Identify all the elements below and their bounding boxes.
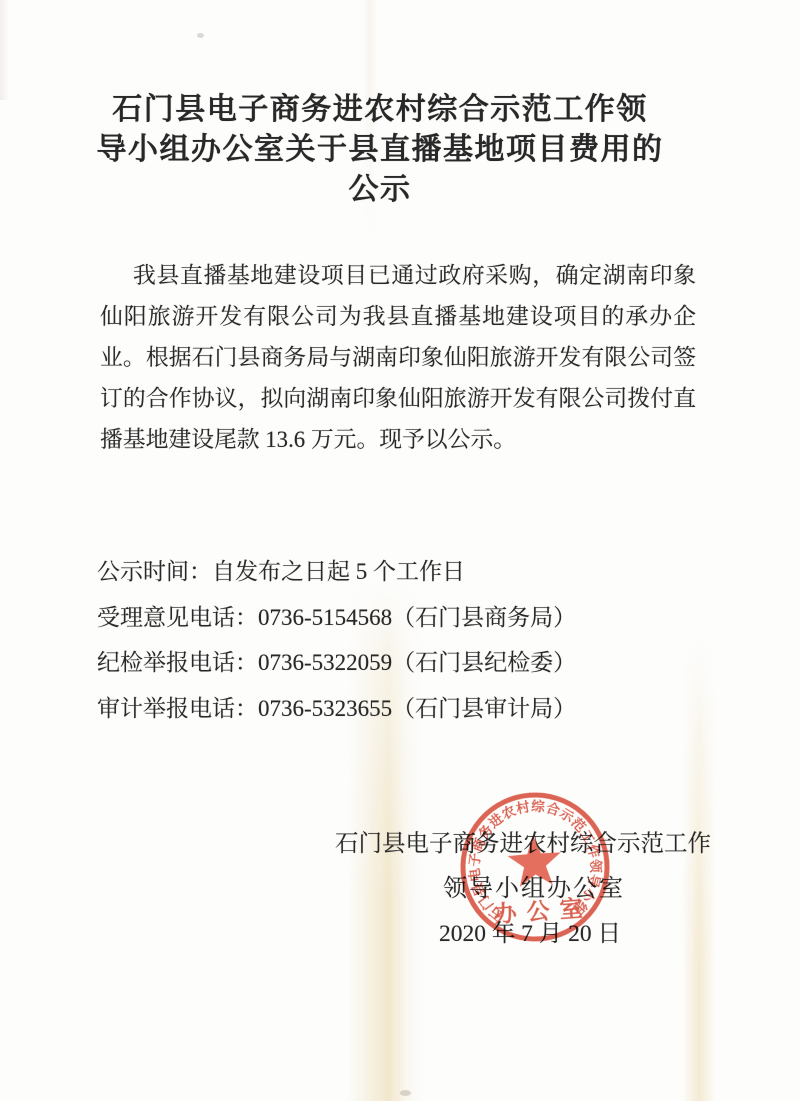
public-period-line: 公示时间：自发布之日起 5 个工作日 [97,549,717,595]
official-seal: 石门县电子商务进农村综合示范工作领导小组 办公室 [434,766,637,969]
scanned-notice-page: 石门县电子商务进农村综合示范工作领 导小组办公室关于县直播基地项目费用的 公示 … [0,0,800,1101]
body-line-2: 仙阳旅游开发有限公司为我县直播基地建设项目的承办企 [100,296,696,337]
title-line-2: 导小组办公室关于县直播基地项目费用的 [50,130,710,170]
body-line-5: 播基地建设尾款 13.6 万元。现予以公示。 [100,419,696,460]
audit-phone-line: 审计举报电话：0736-5323655（石门县审计局） [97,686,717,732]
notice-body-paragraph: 我县直播基地建设项目已通过政府采购，确定湖南印象 仙阳旅游开发有限公司为我县直播… [100,255,696,460]
title-line-3: 公示 [50,170,710,210]
scan-edge-smudge [0,0,9,100]
body-line-4: 订的合作协议，拟向湖南印象仙阳旅游开发有限公司拨付直 [100,378,696,419]
notice-title: 石门县电子商务进农村综合示范工作领 导小组办公室关于县直播基地项目费用的 公示 [50,90,710,210]
title-line-1: 石门县电子商务进农村综合示范工作领 [50,90,710,130]
notice-contact-info: 公示时间：自发布之日起 5 个工作日 受理意见电话：0736-5154568（石… [97,549,717,731]
feedback-phone-line: 受理意见电话：0736-5154568（石门县商务局） [97,595,717,641]
discipline-phone-line: 纪检举报电话：0736-5322059（石门县纪检委） [97,640,717,686]
body-line-1: 我县直播基地建设项目已通过政府采购，确定湖南印象 [100,255,696,296]
scan-speck [197,33,204,38]
scan-speck-bottom [400,1090,411,1096]
seal-star-icon [506,833,563,887]
body-line-3: 业。根据石门县商务局与湖南印象仙阳旅游开发有限公司签 [100,337,696,378]
